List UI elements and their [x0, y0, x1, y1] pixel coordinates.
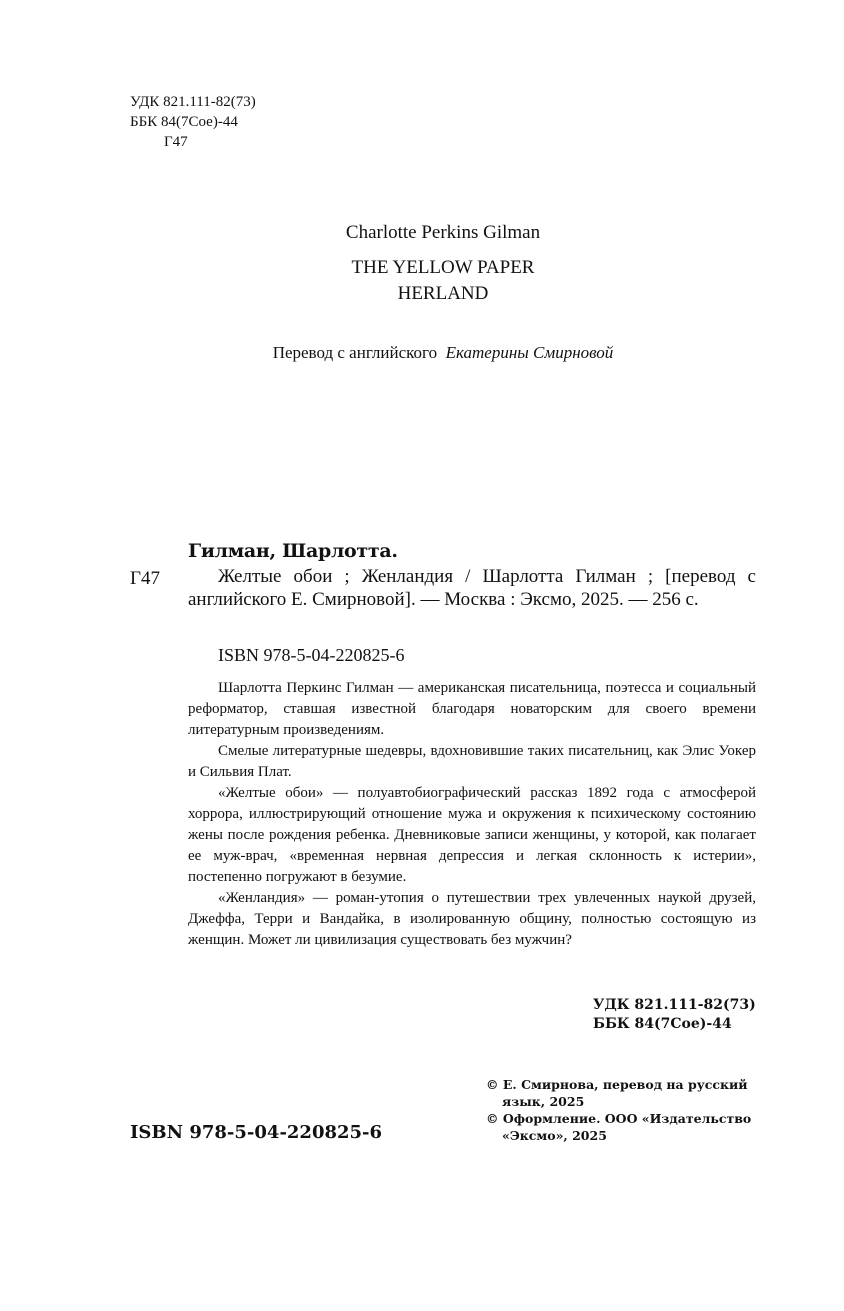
original-title: THE YELLOW PAPER HERLAND — [0, 255, 844, 307]
annotation-paragraph: «Желтые обои» — полуавтобиографический р… — [188, 783, 756, 888]
catalog-index: Г47 — [130, 568, 160, 590]
catalog-isbn: ISBN 978-5-04-220825-6 — [218, 645, 405, 666]
classification-udk: УДК 821.111-82(73) — [593, 996, 756, 1015]
copyright-translation: © Е. Смирнова, перевод на русский язык, … — [486, 1076, 776, 1110]
translator-name: Екатерины Смирновой — [446, 343, 614, 362]
annotation-paragraph: «Женландия» — роман-утопия о путешествии… — [188, 888, 756, 951]
copyright-block: © Е. Смирнова, перевод на русский язык, … — [486, 1076, 776, 1144]
translation-credit: Перевод с английского Екатерины Смирново… — [0, 343, 844, 363]
annotation: Шарлотта Перкинс Гилман — американская п… — [188, 678, 756, 951]
isbn-footer: ISBN 978-5-04-220825-6 — [130, 1122, 382, 1143]
original-title-line-1: THE YELLOW PAPER — [0, 255, 844, 281]
catalog-description: Желтые обои ; Женландия / Шарлотта Гилма… — [188, 565, 756, 611]
bbk-code: ББК 84(7Сое)-44 — [130, 112, 256, 132]
annotation-paragraph: Шарлотта Перкинс Гилман — американская п… — [188, 678, 756, 741]
original-title-line-2: HERLAND — [0, 281, 844, 307]
annotation-paragraph: Смелые литературные шедевры, вдохновивши… — [188, 741, 756, 783]
copyright-design: © Оформление. ООО «Издательство «Эксмо»,… — [486, 1110, 776, 1144]
translation-label: Перевод с английского — [273, 343, 437, 362]
author-mark: Г47 — [130, 132, 256, 152]
original-author: Charlotte Perkins Gilman — [0, 222, 844, 244]
header-codes: УДК 821.111-82(73) ББК 84(7Сое)-44 Г47 — [130, 92, 256, 152]
udk-code: УДК 821.111-82(73) — [130, 92, 256, 112]
classification-codes: УДК 821.111-82(73) ББК 84(7Сое)-44 — [593, 996, 756, 1034]
catalog-author-heading: Гилман, Шарлотта. — [188, 540, 398, 562]
classification-bbk: ББК 84(7Сое)-44 — [593, 1015, 756, 1034]
